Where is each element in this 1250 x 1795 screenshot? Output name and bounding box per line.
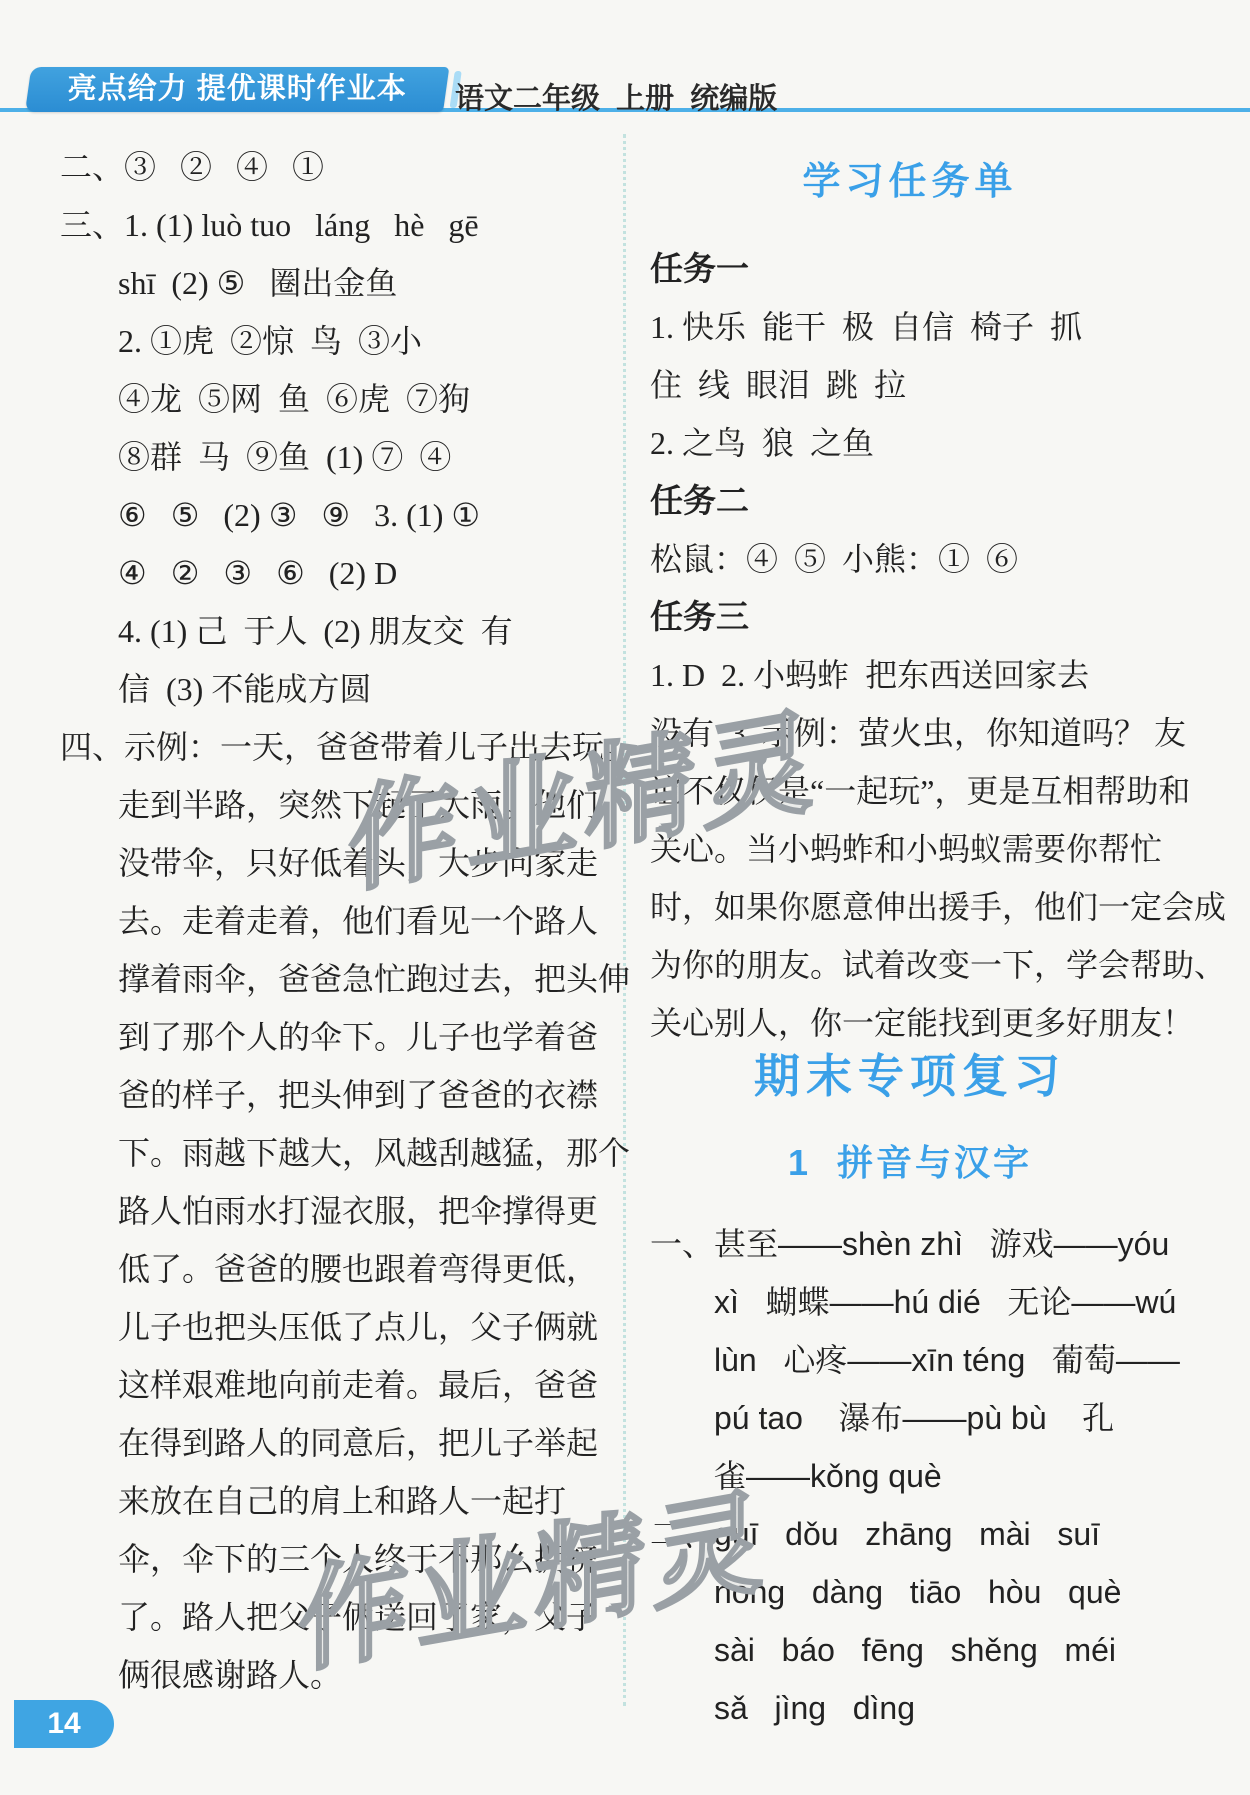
answer-line: 了。路人把父子俩送回了家，父子 — [60, 1588, 566, 1646]
study-tasks-answers: 任务一1. 快乐 能干 极 自信 椅子 抓住 线 眼泪 跳 拉2. 之鸟 狼 之… — [650, 240, 1170, 1052]
answer-line: 时，如果你愿意伸出援手，他们一定会成 — [650, 878, 1170, 936]
answer-line: 撑着雨伞，爸爸急忙跑过去，把头伸 — [60, 950, 566, 1008]
answer-line: 4. (1) 己 于人 (2) 朋友交 有 — [60, 602, 566, 660]
answer-line: 这样艰难地向前走着。最后，爸爸 — [60, 1356, 566, 1414]
answer-line: 为你的朋友。试着改变一下，学会帮助、 — [650, 936, 1170, 994]
right-column: 学习任务单 任务一1. 快乐 能干 极 自信 椅子 抓住 线 眼泪 跳 拉2. … — [650, 0, 1170, 1795]
answer-line: 没带伞，只好低着头，大步向家走 — [60, 834, 566, 892]
answer-line: 松鼠：④ ⑤ 小熊：① ⑥ — [650, 530, 1170, 588]
answer-line: 信 (3) 不能成方圆 — [60, 660, 566, 718]
pinyin-line: 雀——kǒng què — [650, 1447, 1170, 1505]
page-number-badge: 14 — [14, 1700, 114, 1748]
answer-line: 四、示例：一天，爸爸带着儿子出去玩。 — [60, 718, 566, 776]
brand-badge-label: 亮点给力 提优课时作业本 — [28, 67, 446, 112]
answer-line: 下。雨越下越大，风越刮越猛，那个 — [60, 1124, 566, 1182]
answer-line: ④龙 ⑤网 鱼 ⑥虎 ⑦狗 — [60, 370, 566, 428]
answer-line: shī (2) ⑤ 圈出金鱼 — [60, 254, 566, 312]
answer-line: 2. ①虎 ②惊 鸟 ③小 — [60, 312, 566, 370]
answer-line: 低了。爸爸的腰也跟着弯得更低， — [60, 1240, 566, 1298]
pinyin-line: 一、甚至——shèn zhì 游戏——yóu — [650, 1215, 1170, 1273]
pinyin-line: nòng dàng tiāo hòu què — [650, 1563, 1170, 1621]
pinyin-line: xì 蝴蝶——hú dié 无论——wú — [650, 1273, 1170, 1331]
answer-line: 俩很感谢路人。 — [60, 1646, 566, 1704]
answer-line: 关心。当小蚂蚱和小蚂蚁需要你帮忙 — [650, 820, 1170, 878]
answer-line: ⑥ ⑤ (2) ③ ⑨ 3. (1) ① — [60, 486, 566, 544]
section-title-final-review: 期末专项复习 — [650, 1040, 1170, 1106]
answer-line: 走到半路，突然下起了大雨。他们 — [60, 776, 566, 834]
answer-line: 任务二 — [650, 472, 1170, 530]
subsection-title-pinyin-hanzi: 1 拼音与汉字 — [650, 1135, 1170, 1186]
column-divider — [623, 134, 626, 1706]
answer-line: 来放在自己的肩上和路人一起打 — [60, 1472, 566, 1530]
answer-line: ④ ② ③ ⑥ (2) D — [60, 544, 566, 602]
section-title-study-tasks: 学习任务单 — [650, 150, 1170, 205]
answer-line: 到了那个人的伞下。儿子也学着爸 — [60, 1008, 566, 1066]
answer-line: 三、1. (1) luò tuo láng hè gē — [60, 196, 566, 254]
answer-line: 二、③ ② ④ ① — [60, 138, 566, 196]
pinyin-answers: 一、甚至——shèn zhì 游戏——yóuxì 蝴蝶——hú dié 无论——… — [650, 1215, 1170, 1737]
answer-line: 去。走着走着，他们看见一个路人 — [60, 892, 566, 950]
pinyin-line: sài báo fēng shěng méi — [650, 1621, 1170, 1679]
answer-line: 2. 之鸟 狼 之鱼 — [650, 414, 1170, 472]
answer-line: ⑧群 马 ⑨鱼 (1) ⑦ ④ — [60, 428, 566, 486]
pinyin-line: pú tao 瀑布——pù bù 孔 — [650, 1389, 1170, 1447]
answer-line: 谊不仅仅是“一起玩”，更是互相帮助和 — [650, 762, 1170, 820]
workbook-page: 亮点给力 提优课时作业本 语文二年级 上册 统编版 二、③ ② ④ ①三、1. … — [0, 0, 1250, 1795]
pinyin-line: 二、guī dǒu zhāng mài suī — [650, 1505, 1170, 1563]
answer-line: 住 线 眼泪 跳 拉 — [650, 356, 1170, 414]
answer-line: 1. D 2. 小蚂蚱 把东西送回家去 — [650, 646, 1170, 704]
answer-line: 没有 3. 示例：萤火虫，你知道吗？ 友 — [650, 704, 1170, 762]
page-number: 14 — [47, 1707, 80, 1740]
answer-line: 任务三 — [650, 588, 1170, 646]
answer-line: 路人怕雨水打湿衣服，把伞撑得更 — [60, 1182, 566, 1240]
answer-line: 儿子也把头压低了点儿，父子俩就 — [60, 1298, 566, 1356]
left-column: 二、③ ② ④ ①三、1. (1) luò tuo láng hè gēshī … — [60, 138, 566, 1704]
pinyin-line: sǎ jìng dìng — [650, 1679, 1170, 1737]
answer-line: 任务一 — [650, 240, 1170, 298]
pinyin-line: lùn 心疼——xīn téng 葡萄—— — [650, 1331, 1170, 1389]
answer-line: 伞，伞下的三个人终于不那么拥挤 — [60, 1530, 566, 1588]
answer-line: 1. 快乐 能干 极 自信 椅子 抓 — [650, 298, 1170, 356]
answer-line: 在得到路人的同意后，把儿子举起 — [60, 1414, 566, 1472]
brand-badge: 亮点给力 提优课时作业本 — [25, 67, 449, 112]
answer-line: 爸的样子，把头伸到了爸爸的衣襟 — [60, 1066, 566, 1124]
